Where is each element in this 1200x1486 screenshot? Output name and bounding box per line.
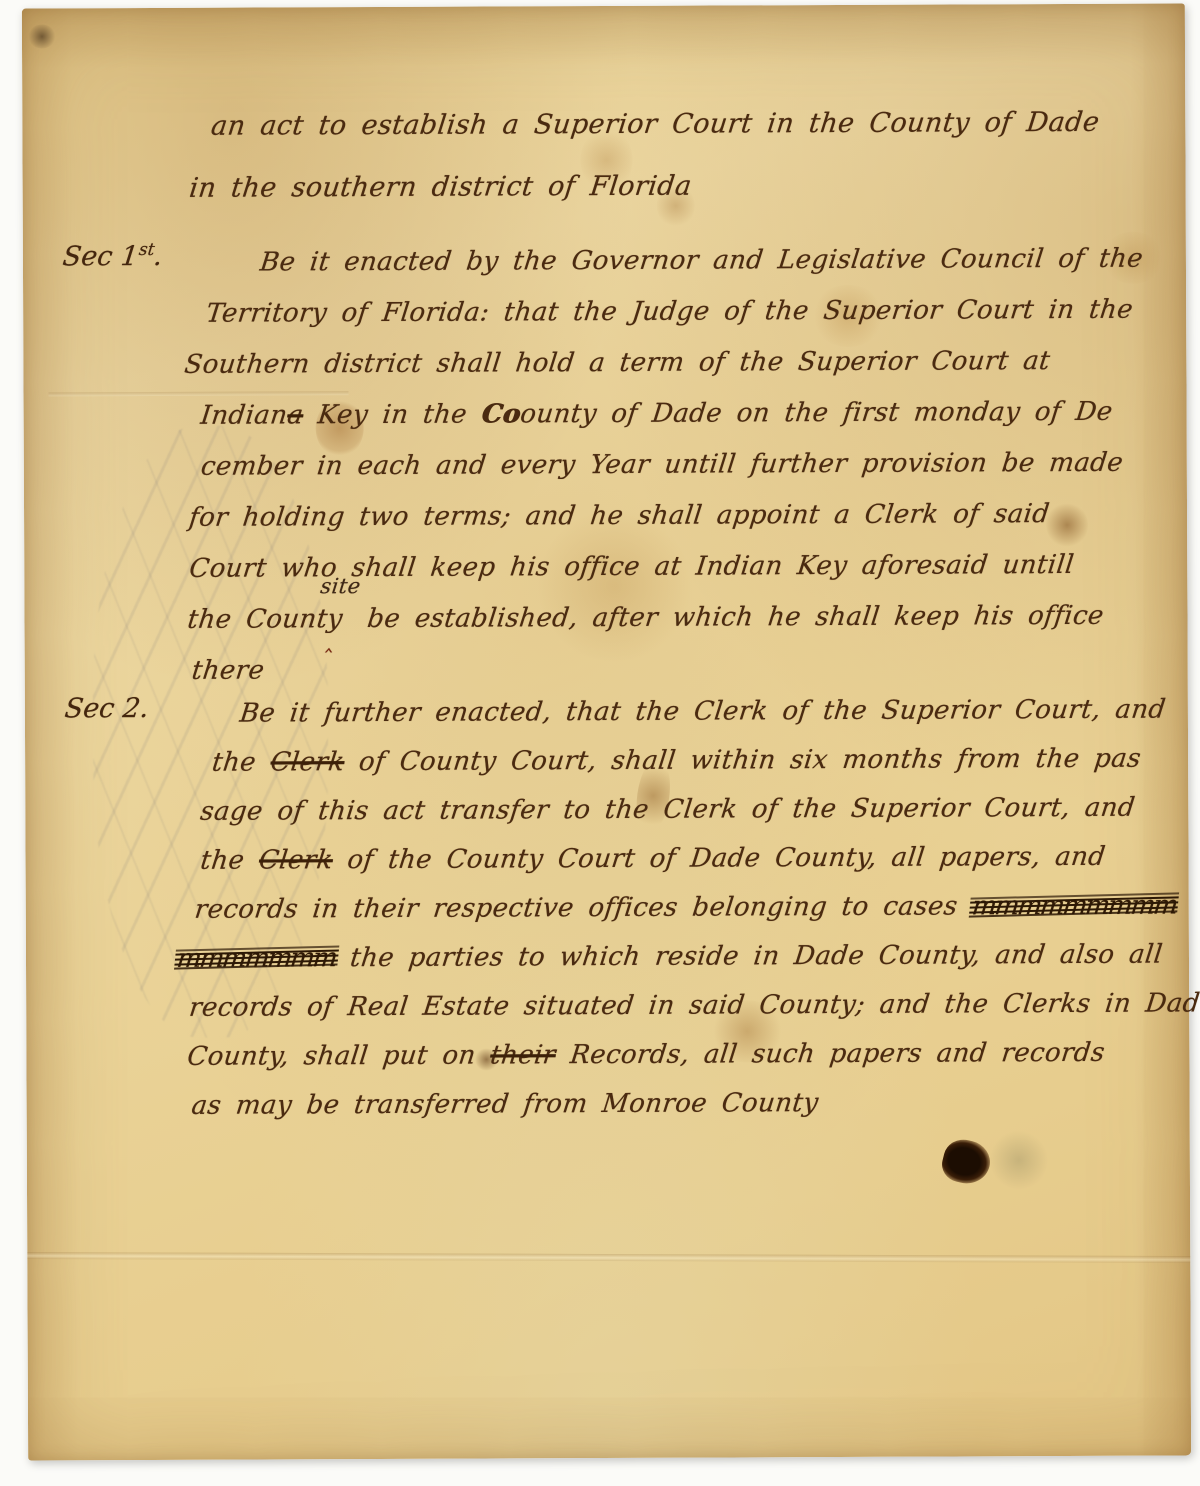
- manuscript-text: cember in each and every Year untill fur…: [199, 448, 1125, 482]
- fold-crease-lower: [27, 1252, 1190, 1263]
- manuscript-text: Records, all such papers and records: [554, 1038, 1107, 1070]
- manuscript-text: the: [210, 747, 272, 777]
- inserted-word-text: site: [318, 561, 364, 612]
- manuscript-line: records of Real Estate situated in said …: [186, 979, 1200, 1032]
- manuscript-line: Be it enacted by the Governor and Legisl…: [257, 233, 1197, 288]
- manuscript-text: Territory of Florida: that the Judge of …: [205, 295, 1135, 329]
- title-line-2: in the southern district of Florida: [186, 154, 1103, 220]
- manuscript-line: the Clerk of County Court, shall within …: [209, 734, 1199, 787]
- manuscript-text: of the County Court of Dade County, all …: [331, 842, 1107, 875]
- manuscript-text: records in their respective offices belo…: [193, 891, 974, 924]
- struck-text: their: [489, 1040, 558, 1070]
- manuscript-text: the: [199, 846, 261, 876]
- stain: [28, 24, 56, 48]
- manuscript-text: there: [190, 655, 266, 685]
- manuscript-text: sage of this act transfer to the Clerk o…: [199, 793, 1137, 827]
- overwritten-text: Co: [480, 399, 522, 429]
- scribbled-out-text: mmmmmmmmm: [970, 891, 1177, 922]
- section-1-label: Sec 1st.: [61, 240, 164, 272]
- section-2-label: Sec 2.: [63, 692, 151, 724]
- manuscript-text: the parties to which reside in Dade Coun…: [334, 940, 1164, 974]
- manuscript-text: Key in the: [302, 400, 484, 431]
- section-label-text: Sec 2: [63, 693, 142, 724]
- section-2: Sec 2. Be it further enacted, that the C…: [183, 685, 1195, 1130]
- manuscript-line: Be it further enacted, that the Clerk of…: [237, 685, 1199, 738]
- section-1-lines: Be it enacted by the Governor and Legisl…: [181, 233, 1193, 696]
- manuscript-page: an act to establish a Superior Court in …: [22, 3, 1191, 1460]
- manuscript-line: as may be transferred from Monroe County: [189, 1077, 1200, 1130]
- manuscript-text: County, shall put on: [186, 1041, 492, 1072]
- manuscript-line: mmmmmmm the parties to which reside in D…: [174, 930, 1200, 983]
- manuscript-line: for holding two terms; and he shall appo…: [186, 488, 1198, 543]
- manuscript-text: of County Court, shall within six months…: [343, 744, 1143, 777]
- manuscript-line: the Countysite‸ be established, after wh…: [185, 590, 1199, 645]
- section-1: Sec 1st. Be it enacted by the Governor a…: [181, 233, 1193, 696]
- manuscript-text: for holding two terms; and he shall appo…: [187, 499, 1051, 533]
- struck-text: Clerk: [257, 845, 334, 875]
- section-label-text: Sec 1: [61, 241, 140, 272]
- title-line-1: an act to establish a Superior Court in …: [207, 92, 1102, 158]
- manuscript-text: Be it enacted by the Governor and Legisl…: [258, 244, 1144, 278]
- manuscript-line: Indiana Key in the Coounty of Dade on th…: [198, 386, 1198, 441]
- manuscript-text: Be it further enacted, that the Clerk of…: [238, 695, 1167, 729]
- manuscript-line: records in their respective offices belo…: [192, 881, 1200, 934]
- scribbled-out-text: mmmmmmm: [175, 943, 337, 974]
- manuscript-line: sage of this act transfer to the Clerk o…: [197, 783, 1199, 836]
- manuscript-text: Southern district shall hold a term of t…: [183, 346, 1052, 380]
- manuscript-line: Territory of Florida: that the Judge of …: [203, 284, 1197, 339]
- manuscript-line: County, shall put on their Records, all …: [185, 1028, 1200, 1081]
- section-label-punct: .: [138, 693, 150, 724]
- manuscript-text: ounty of Dade on the first monday of De: [519, 397, 1115, 430]
- ink-smudge: [985, 1130, 1053, 1190]
- manuscript-text: be established, after which he shall kee…: [351, 601, 1106, 634]
- manuscript-text: as may be transferred from Monroe County: [190, 1088, 820, 1121]
- manuscript-line: cember in each and every Year untill fur…: [198, 437, 1198, 492]
- manuscript-line: the Clerk of the County Court of Dade Co…: [198, 832, 1200, 885]
- manuscript-text: records of Real Estate situated in said …: [187, 988, 1200, 1022]
- ink-blot: [938, 1135, 994, 1188]
- manuscript-text: Indian: [199, 400, 289, 430]
- struck-text: Clerk: [269, 747, 346, 777]
- section-2-lines: Be it further enacted, that the Clerk of…: [183, 685, 1195, 1130]
- manuscript-line: Southern district shall hold a term of t…: [182, 335, 1198, 390]
- document-title: an act to establish a Superior Court in …: [207, 92, 1096, 220]
